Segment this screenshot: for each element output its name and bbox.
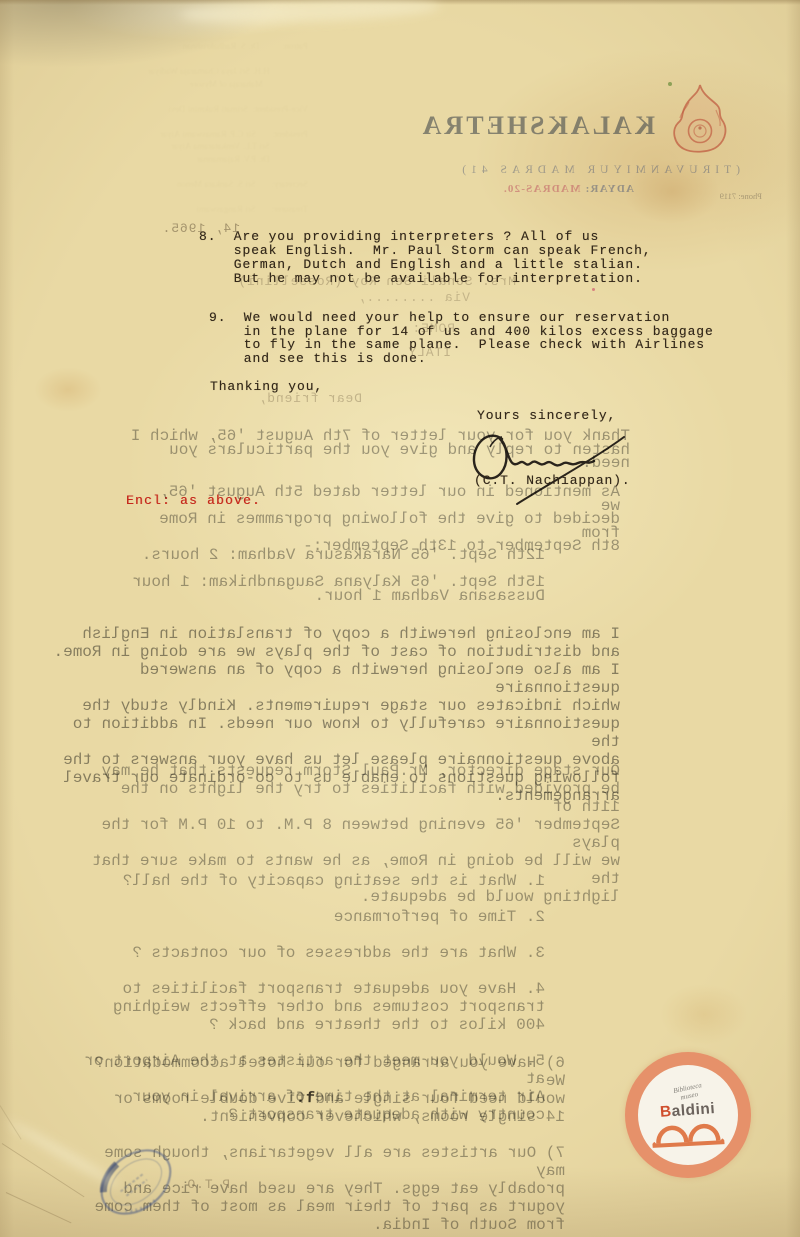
paper-crease [0, 1105, 22, 1139]
text-line: Sri T.L. Venkatarama Aiyar [0, 140, 308, 153]
address2-value: MADRAS-20. [503, 183, 581, 195]
text-line: President: Sir C.P. Ramaswami Aiyar [0, 128, 308, 141]
text-line: Dussasana Vadham 1 hour. [125, 590, 545, 604]
baldini-name: Baldini [660, 1100, 716, 1122]
bleed-intro-lines: Thank you for your letter of 7th August … [130, 430, 630, 471]
text-line: 4. Have you adequate transport facilitie… [75, 980, 545, 998]
text-line: German, Dutch and English and a little s… [199, 258, 651, 272]
address1-text: (TIRUVANMIYUR MADRAS 41) [445, 164, 740, 176]
text-line: be provided with facilities to try the l… [80, 780, 620, 816]
text-line: 8. Are you providing interpreters ? All … [199, 230, 651, 244]
text-line [0, 190, 308, 203]
text-line: I am also enclosing herewith a copy of a… [50, 661, 620, 697]
bleed-address-3: ROME: [405, 322, 455, 335]
bleed-programme: As mentioned in our letter dated 5th Aug… [140, 486, 620, 554]
bleed-address-1: Mrs. Sonali Sen Roy (Rossellini) [236, 275, 516, 288]
brand-text: KALAKSHETRA [427, 111, 655, 141]
bleed-council-list: Patron: Dr. S. Radhakrishnan H.H. Sri Ja… [0, 40, 308, 215]
text-line [0, 115, 308, 128]
paper-crease [2, 1143, 85, 1197]
text-line: which indicates our stage requirements. … [50, 697, 620, 715]
bleed-address-line2: ADYAR: MADRAS-20. [492, 183, 634, 195]
text-line [75, 1034, 545, 1052]
text-line [75, 962, 545, 980]
text-line: in the plane for 14 of us and 400 kilos … [209, 325, 714, 339]
text-line: questionnaire carefully to know our need… [50, 715, 620, 751]
phone-text: Phone: 7119 [692, 191, 762, 201]
bleed-schedule: 12th Sept. '65 Narakasura Vadham: 2 hour… [125, 549, 545, 603]
stray-ink-mark: .f [296, 1092, 316, 1107]
text-line: September '65 evening between 8 P.M. to … [80, 816, 620, 852]
bleed-programme-lines: As mentioned in our letter dated 5th Aug… [140, 486, 620, 554]
bleed-address-4: ITALY. [394, 346, 451, 359]
bleed-brand: KALAKSHETRA [427, 111, 655, 141]
text-line: Patron: Dr. S. Radhakrishnan [0, 40, 308, 53]
bleed-address-line1: (TIRUVANMIYUR MADRAS 41) [445, 164, 740, 176]
scanned-letter-page: Patron: Dr. S. Radhakrishnan H.H. Sri Ja… [0, 0, 800, 1237]
text-line: Our stage director, Mr.Paul Storm reques… [80, 762, 620, 780]
text-line: 14 single rooms, whichever convenient. [85, 1108, 565, 1126]
bleed-council-lines: Patron: Dr. S. Radhakrishnan H.H. Sri Ja… [0, 40, 308, 215]
text-line [0, 165, 308, 178]
text-line: I am enclosing herewith a copy of transl… [50, 625, 620, 643]
address2-text: ADYAR: MADRAS-20. [492, 183, 634, 195]
bleed-address-2: Via ........, [350, 291, 470, 304]
text-line: decided to give the following programmes… [140, 513, 620, 540]
text-line: and distribution of cast of the plays we… [50, 643, 620, 661]
text-line: Vice-President: Srimati Rukmini Devi [0, 103, 308, 116]
text-line: speak English. Mr. Paul Storm can speak … [199, 244, 651, 258]
text-line [75, 926, 545, 944]
text-line: Secretary: Sri S. Sankara Menon [0, 178, 308, 191]
text-line: As mentioned in our letter dated 5th Aug… [140, 486, 620, 513]
text-line: hasten to reply and give you the particu… [130, 444, 630, 471]
text-line: 12th Sept. '65 Narakasura Vadham: 2 hour… [125, 549, 545, 563]
text-line: Dr. P.V. Rajamannar [0, 153, 308, 166]
text-line: transport costumes and other effects wei… [75, 998, 545, 1016]
bleed-schedule-lines: 12th Sept. '65 Narakasura Vadham: 2 hour… [125, 549, 545, 603]
text-line: 400 kilos to the theatre and back ? [75, 1016, 545, 1034]
text-line: 2. Time of performance [75, 908, 545, 926]
text-line: 3. What are the addresses of our contact… [75, 944, 545, 962]
open-book-icon [651, 1120, 724, 1149]
text-line [0, 53, 308, 66]
text-line: to fly in the same plane. Please check w… [209, 338, 714, 352]
bleed-salutation: Dear friend, [252, 392, 362, 405]
bleed-intro: Thank you for your letter of 7th August … [130, 430, 630, 471]
text-line [0, 90, 308, 103]
paper-speck [668, 82, 672, 86]
text-line: Maharaja of Mysore [0, 78, 308, 91]
baldini-badge: Biblioteca museo Baldini [625, 1052, 751, 1178]
text-line: would need four single and five double r… [85, 1090, 565, 1108]
flame-logo-icon [667, 82, 733, 158]
baldini-rest: aldini [672, 1100, 717, 1120]
bleed-phone: Phone: 7119 [692, 191, 762, 201]
text-line: 1. What is the seating capacity of the h… [75, 872, 545, 890]
baldini-small-text: Biblioteca museo [672, 1081, 703, 1103]
ink-speck [592, 288, 595, 291]
text-line [75, 890, 545, 908]
text-line: and see this is done. [209, 352, 714, 366]
text-line: H.H. Sri Jaya Chamaraja Wadiyar [0, 65, 308, 78]
oval-ink-stamp [90, 1140, 182, 1228]
text-line: 6) Have you arranged for our hotel accom… [85, 1054, 565, 1090]
address2-label: ADYAR: [580, 183, 634, 195]
paragraph-9-lines: 9. We would need your help to ensure our… [209, 311, 714, 365]
paper-crease-highlight [180, 0, 441, 27]
paper-crease [6, 1192, 72, 1223]
text-line: 9. We would need your help to ensure our… [209, 311, 714, 325]
